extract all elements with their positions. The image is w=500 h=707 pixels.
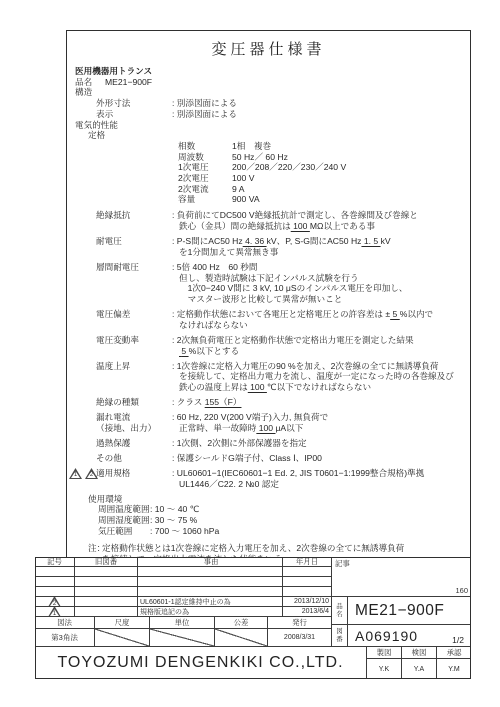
spec-value-line: : UL60601−1(IEC60601−1 Ed. 2, JIS T0601−… <box>172 468 470 479</box>
spec-text: 5 <box>390 309 400 319</box>
spec-row: 電圧変動率: 2次無負荷電圧と定格動作状態で定格出力電圧を測定した結果 5 %以… <box>67 335 470 357</box>
revision-row: 2UL60601-1認定維持中止の為2013/12/10 <box>35 597 332 607</box>
rating-row: 周波数50 Hz／ 60 Hz <box>67 152 470 163</box>
spec-text: kV、P, S-G間にAC50 Hz <box>267 236 362 246</box>
environment-row-label: 周囲温度範囲 <box>98 504 150 515</box>
rating-row-label: 2次電流 <box>178 184 232 195</box>
document-frame: 変圧器仕様書 医用機器用トランス 品名 ME21−900F 構造 外形寸法: 別… <box>66 30 471 557</box>
rating-section-label: 定格 <box>88 130 470 141</box>
remark-area: 記事 160 <box>332 557 471 597</box>
spec-label-line: 温度上昇 <box>96 361 172 372</box>
triangle-number: 1 <box>69 472 82 479</box>
environment-row-value: : 700 ～ 1060 hPa <box>150 526 219 537</box>
remark-number: 160 <box>455 586 468 595</box>
spec-label-line: その他 <box>96 453 172 464</box>
revision-empty-row <box>35 567 332 577</box>
structure-row-label: 表示 <box>96 109 172 120</box>
drawing-header-cell: 公差 <box>215 617 268 629</box>
drawing-info-header-row: 図法尺度単位公差発行 <box>35 617 332 629</box>
rating-row: 容量900 VA <box>67 194 470 205</box>
spec-value: : 定格動作状態において各電圧と定格電圧との許容差は ± 5 %以内でなければな… <box>172 309 470 331</box>
empty-cell <box>283 587 332 597</box>
tolerance-cell-diagonal <box>215 629 268 647</box>
spec-text: : 1次側、2次側に外部保護器を指定 <box>172 438 307 448</box>
remark-header: 記事 <box>335 558 350 569</box>
spec-text: を接続して、定格出力電力を流し、温度が一定になった時の各巻線及び <box>179 371 454 381</box>
spec-value-line: : 5倍 400 Hz 60 秒間 <box>172 262 470 273</box>
spec-value: : 保護シールドG端子付、Class Ⅰ、IP00 <box>172 453 470 464</box>
drawing-header-cell: 図法 <box>35 617 95 629</box>
approval-header-row: 製図検図承認 <box>367 647 471 659</box>
rating-row-label: 容量 <box>178 194 232 205</box>
spec-label-line: 電圧偏差 <box>96 309 172 320</box>
table-header-cell: 記号 <box>35 557 75 567</box>
triangle-number: 2 <box>85 472 98 479</box>
revision-date-cell: 2013/6/4 <box>283 607 332 617</box>
product-name-block-value: ME21−900F <box>348 597 471 624</box>
spec-label: 絶縁抵抗 <box>96 210 172 232</box>
spec-row: 電圧偏差: 定格動作状態において各電圧と定格電圧との許容差は ± 5 %以内でな… <box>67 309 470 331</box>
rating-row-value: 9 A <box>232 184 244 195</box>
spec-row: 絶縁の種類: クラス 155（F） <box>67 397 470 408</box>
footnote-line: 定格動作状態とは1次巻線に定格入力電圧を加え、2次巻線の全てに無誘導負荷 <box>102 543 404 554</box>
revision-table-empty-rows <box>35 567 332 597</box>
spec-row: 過熱保護: 1次側、2次側に外部保護器を指定 <box>67 438 470 449</box>
revision-table-header-row: 記号旧図番事由年月日 <box>35 557 332 567</box>
spec-value-line: 鉄心（金具）間の絶縁抵抗は 100 MΩ以上である事 <box>172 221 470 232</box>
empty-cell <box>138 567 283 577</box>
spec-text: MΩ以上である事 <box>310 221 375 231</box>
spec-label: 温度上昇 <box>96 361 172 393</box>
spec-text: 4. 36 <box>243 236 267 246</box>
spec-text: μA以下 <box>275 423 303 433</box>
approval-value-cell: Y.K <box>367 659 402 679</box>
spec-label: 過熱保護 <box>96 438 172 449</box>
spec-label: 漏れ電流（接地、出力） <box>96 412 172 434</box>
revision-table: 記号旧図番事由年月日 2UL60601-1認定維持中止の為2013/12/101… <box>35 557 332 647</box>
spec-value: : 2次無負荷電圧と定格動作状態で定格出力電圧を測定した結果 5 %以下とする <box>172 335 470 357</box>
revision-symbol-cell: 1 <box>35 607 75 617</box>
revision-triangle-icon: 1 <box>69 468 82 479</box>
empty-cell <box>35 587 75 597</box>
approval-value-row: Y.KY.AY.M <box>367 659 471 679</box>
spec-label-line: 絶縁抵抗 <box>96 210 172 221</box>
revision-rows: 2UL60601-1認定維持中止の為2013/12/101規格版追記の為2013… <box>35 597 332 617</box>
spec-text: : UL60601−1(IEC60601−1 Ed. 2, JIS T0601−… <box>172 468 424 478</box>
rating-row: 1次電圧200／208／220／230／240 V <box>67 162 470 173</box>
spec-value-line: なければならない <box>172 320 470 331</box>
revision-reason-cell: UL60601-1認定維持中止の為 <box>138 597 283 607</box>
revision-triangle-icon: 2 <box>48 597 61 607</box>
structure-row: 表示: 別添図面による <box>67 109 470 120</box>
rating-row-value: 1相 複巻 <box>232 141 271 152</box>
revision-empty-row <box>35 577 332 587</box>
environment-row-value: : 30 ～ 75 % <box>150 515 197 526</box>
spec-value: : 1次側、2次側に外部保護器を指定 <box>172 438 470 449</box>
table-header-cell: 事由 <box>138 557 283 567</box>
revision-reason-cell: 規格版追記の為 <box>138 607 283 617</box>
spec-value-line: : クラス 155（F） <box>172 397 470 408</box>
spec-value-line: 鉄心の温度上昇は 100 ℃以下でなければならない <box>172 382 470 393</box>
spec-value: : 5倍 400 Hz 60 秒間但し、製造時試験は下記インパルス試験を行う 1… <box>172 262 470 305</box>
spec-label: 適用規格 <box>96 468 172 490</box>
empty-cell <box>35 567 75 577</box>
spec-row: 12適用規格: UL60601−1(IEC60601−1 Ed. 2, JIS … <box>67 468 470 490</box>
environment-row: 周囲温度範囲: 10 ～ 40 ℃ <box>67 504 470 515</box>
issue-date: 2008/3/31 <box>268 629 332 647</box>
page-title: 変圧器仕様書 <box>67 31 470 59</box>
structure-row: 外形寸法: 別添図面による <box>67 98 470 109</box>
revision-row: 1規格版追記の為2013/6/4 <box>35 607 332 617</box>
spec-text: %以内で <box>400 309 433 319</box>
rating-row-label: 1次電圧 <box>178 162 232 173</box>
spec-text: 155（F） <box>205 397 242 407</box>
rating-row-label: 相数 <box>178 141 232 152</box>
spec-value-line: : P-S間にAC50 Hz 4. 36 kV、P, S-G間にAC50 Hz … <box>172 236 470 247</box>
table-header-cell: 年月日 <box>283 557 332 567</box>
environment-section-label: 使用環境 <box>88 494 470 505</box>
empty-cell <box>75 567 138 577</box>
spec-label-line: 漏れ電流 <box>96 412 172 423</box>
empty-cell <box>75 577 138 587</box>
title-block: 記号旧図番事由年月日 2UL60601-1認定維持中止の為2013/12/101… <box>35 557 471 679</box>
spec-value: : クラス 155（F） <box>172 397 470 408</box>
spec-text: マスター波形と比較して異常が無いこと <box>179 294 342 304</box>
spec-row: その他: 保護シールドG端子付、Class Ⅰ、IP00 <box>67 453 470 464</box>
spec-text: なければならない <box>179 320 248 330</box>
spec-text: 1. 5 <box>361 236 380 246</box>
spec-row: 耐電圧: P-S間にAC50 Hz 4. 36 kV、P, S-G間にAC50 … <box>67 236 470 258</box>
spec-text: 100 <box>248 382 267 392</box>
spec-label-line: 適用規格 <box>96 468 172 479</box>
structure-row-label: 外形寸法 <box>96 98 172 109</box>
spec-row: 温度上昇: 1次巻線に定格入力電圧の90 %を加え、2次巻線の全てに無誘導負荷を… <box>67 361 470 393</box>
empty-cell <box>283 577 332 587</box>
empty-cell <box>35 577 75 587</box>
electrical-section-label: 電気的性能 <box>75 120 470 131</box>
spec-value: : UL60601−1(IEC60601−1 Ed. 2, JIS T0601−… <box>172 468 470 490</box>
drawing-header-cell: 単位 <box>150 617 215 629</box>
applicable-standards-triangles: 12 <box>69 468 98 479</box>
spec-row: 漏れ電流（接地、出力）: 60 Hz, 220 V(200 V端子)入力, 無負… <box>67 412 470 434</box>
product-name-block: 品名 ME21−900F <box>332 597 471 625</box>
empty-cell <box>75 587 138 597</box>
spec-text: : 2次無負荷電圧と定格動作状態で定格出力電圧を測定した結果 <box>172 335 414 345</box>
revision-empty-row <box>35 587 332 597</box>
spec-sheet-page: 変圧器仕様書 医用機器用トランス 品名 ME21−900F 構造 外形寸法: 別… <box>0 0 500 707</box>
spec-value-line: 5 %以下とする <box>172 346 470 357</box>
document-subtitle: 医用機器用トランス <box>75 66 470 77</box>
spec-value-line: : 1次巻線に定格入力電圧の90 %を加え、2次巻線の全てに無誘導負荷 <box>172 361 470 372</box>
product-name-row: 品名 ME21−900F <box>67 77 470 88</box>
scale-cell-diagonal <box>95 629 150 647</box>
environment-row-label: 気圧範囲 <box>98 526 150 537</box>
spec-value-line: 正常時、単一故障時 100 μA以下 <box>172 423 470 434</box>
product-name-block-label: 品名 <box>332 597 348 624</box>
spec-text: 正常時、単一故障時 <box>179 423 256 433</box>
spec-value: : 60 Hz, 220 V(200 V端子)入力, 無負荷で正常時、単一故障時… <box>172 412 470 434</box>
rating-items: 相数1相 複巻周波数50 Hz／ 60 Hz1次電圧200／208／220／23… <box>67 141 470 205</box>
spec-label-line2: （接地、出力） <box>96 423 172 434</box>
spec-label-line: 層間耐電圧 <box>96 262 172 273</box>
spec-value-line: を接続して、定格出力電力を流し、温度が一定になった時の各巻線及び <box>172 371 470 382</box>
spec-value-line: UL1446／C22. 2 №0 認定 <box>172 479 470 490</box>
spec-value: : 負荷前にてDC500 V絶縁抵抗計で測定し、各巻線間及び巻線と鉄心（金具）間… <box>172 210 470 232</box>
projection-method: 第3角法 <box>35 629 95 647</box>
revision-symbol-cell: 2 <box>35 597 75 607</box>
approval-value-cell: Y.A <box>402 659 437 679</box>
spec-text: を1分間加えて異常無き事 <box>179 247 278 257</box>
spec-text: 100 <box>291 221 310 231</box>
spec-value-line: : 定格動作状態において各電圧と定格電圧との許容差は ± 5 %以内で <box>172 309 470 320</box>
drawing-number-label: 図番 <box>332 625 348 646</box>
structure-section-label: 構造 <box>75 87 470 98</box>
revision-date-cell: 2013/12/10 <box>283 597 332 607</box>
structure-row-value: : 別添図面による <box>172 98 237 109</box>
structure-items: 外形寸法: 別添図面による表示: 別添図面による <box>67 98 470 119</box>
spec-text: 5 <box>179 346 189 356</box>
spec-label: 耐電圧 <box>96 236 172 258</box>
spec-text: : 保護シールドG端子付、Class Ⅰ、IP00 <box>172 453 322 463</box>
structure-row-value: : 別添図面による <box>172 109 237 120</box>
spec-text: : 5倍 400 Hz 60 秒間 <box>172 262 258 272</box>
spec-label: 電圧偏差 <box>96 309 172 331</box>
spec-text: : 1次巻線に定格入力電圧の90 %を加え、2次巻線の全てに無誘導負荷 <box>172 361 438 371</box>
company-name: TOYOZUMI DENGENKIKI CO.,LTD. <box>35 647 367 679</box>
revision-triangle-icon: 2 <box>85 468 98 479</box>
spec-value-line: : 1次側、2次側に外部保護器を指定 <box>172 438 470 449</box>
spec-text: : P-S間にAC50 Hz <box>172 236 243 246</box>
spec-text: 鉄心の温度上昇は <box>179 382 248 392</box>
spec-value-line: 1次0−240 V間に 3 kV, 10 μSのインパルス電圧を印加し、 <box>172 283 470 294</box>
spec-label: 層間耐電圧 <box>96 262 172 305</box>
spec-text: UL1446／C22. 2 №0 認定 <box>179 479 279 489</box>
revision-old-number-cell <box>75 597 138 607</box>
environment-row-label: 周囲湿度範囲 <box>98 515 150 526</box>
environment-items: 周囲温度範囲: 10 ～ 40 ℃周囲湿度範囲: 30 ～ 75 %気圧範囲: … <box>67 504 470 536</box>
spec-text: 100 <box>256 423 275 433</box>
spec-text: : 60 Hz, 220 V(200 V端子)入力, 無負荷で <box>172 412 328 422</box>
approval-header-cell: 承認 <box>437 647 471 659</box>
approval-block: 製図検図承認 Y.KY.AY.M <box>367 647 471 679</box>
empty-cell <box>283 567 332 577</box>
spec-text: : クラス <box>172 397 205 407</box>
environment-row-value: : 10 ～ 40 ℃ <box>150 504 199 515</box>
spec-row: 層間耐電圧: 5倍 400 Hz 60 秒間但し、製造時試験は下記インパルス試験… <box>67 262 470 305</box>
spec-value-line: を1分間加えて異常無き事 <box>172 247 470 258</box>
product-name-label: 品名 <box>75 77 105 88</box>
drawing-number-text: A069190 <box>355 628 418 644</box>
spec-label: その他 <box>96 453 172 464</box>
spec-text: : 定格動作状態において各電圧と定格電圧との許容差は ± <box>172 309 390 319</box>
revision-triangle-icon: 1 <box>48 607 61 617</box>
spec-row: 絶縁抵抗: 負荷前にてDC500 V絶縁抵抗計で測定し、各巻線間及び巻線と鉄心（… <box>67 210 470 232</box>
spec-value-line: : 負荷前にてDC500 V絶縁抵抗計で測定し、各巻線間及び巻線と <box>172 210 470 221</box>
spec-value: : 1次巻線に定格入力電圧の90 %を加え、2次巻線の全てに無誘導負荷を接続して… <box>172 361 470 393</box>
spec-value-line: : 保護シールドG端子付、Class Ⅰ、IP00 <box>172 453 470 464</box>
approval-header-cell: 検図 <box>402 647 437 659</box>
spec-label-line: 過熱保護 <box>96 438 172 449</box>
rating-row-label: 2次電圧 <box>178 173 232 184</box>
product-name-value: ME21−900F <box>105 77 152 88</box>
spec-label-line: 電圧変動率 <box>96 335 172 346</box>
spec-label: 絶縁の種類 <box>96 397 172 408</box>
drawing-number-value: A069190 1/2 <box>348 625 471 646</box>
spec-value-line: 但し、製造時試験は下記インパルス試験を行う <box>172 273 470 284</box>
rating-row: 2次電流9 A <box>67 184 470 195</box>
table-header-cell: 旧図番 <box>75 557 138 567</box>
revision-old-number-cell <box>75 607 138 617</box>
spec-value-line: : 2次無負荷電圧と定格動作状態で定格出力電圧を測定した結果 <box>172 335 470 346</box>
environment-row: 周囲湿度範囲: 30 ～ 75 % <box>67 515 470 526</box>
environment-row: 気圧範囲: 700 ～ 1060 hPa <box>67 526 470 537</box>
rating-row-value: 50 Hz／ 60 Hz <box>232 152 288 163</box>
spec-label: 電圧変動率 <box>96 335 172 357</box>
spec-text: ℃以下でなければならない <box>267 382 371 392</box>
page-number: 1/2 <box>452 635 464 645</box>
unit-cell-diagonal <box>150 629 215 647</box>
spec-text: 1次0−240 V間に 3 kV, 10 μSのインパルス電圧を印加し、 <box>179 283 407 293</box>
rating-row-value: 900 VA <box>232 194 260 205</box>
spec-value-line: マスター波形と比較して異常が無いこと <box>172 294 470 305</box>
spec-value: : P-S間にAC50 Hz 4. 36 kV、P, S-G間にAC50 Hz … <box>172 236 470 258</box>
spec-label-line: 耐電圧 <box>96 236 172 247</box>
spec-text: kV <box>381 236 391 246</box>
rating-row-value: 200／208／220／230／240 V <box>232 162 346 173</box>
spec-text: 但し、製造時試験は下記インパルス試験を行う <box>179 273 359 283</box>
rating-row: 2次電圧100 V <box>67 173 470 184</box>
spec-value-line: : 60 Hz, 220 V(200 V端子)入力, 無負荷で <box>172 412 470 423</box>
rating-row: 相数1相 複巻 <box>67 141 470 152</box>
spec-label-line: 絶縁の種類 <box>96 397 172 408</box>
spec-text: %以下とする <box>189 346 240 356</box>
drawing-header-cell: 尺度 <box>95 617 150 629</box>
drawing-number-block: 図番 A069190 1/2 <box>332 625 471 647</box>
spec-text: 鉄心（金具）間の絶縁抵抗は <box>179 221 291 231</box>
approval-header-cell: 製図 <box>367 647 402 659</box>
empty-cell <box>138 587 283 597</box>
spec-text: : 負荷前にてDC500 V絶縁抵抗計で測定し、各巻線間及び巻線と <box>172 210 418 220</box>
rating-row-value: 100 V <box>232 173 254 184</box>
approval-value-cell: Y.M <box>437 659 471 679</box>
spec-items: 絶縁抵抗: 負荷前にてDC500 V絶縁抵抗計で測定し、各巻線間及び巻線と鉄心（… <box>67 210 470 489</box>
rating-row-label: 周波数 <box>178 152 232 163</box>
drawing-header-cell: 発行 <box>268 617 332 629</box>
drawing-info-value-row: 第3角法 2008/3/31 <box>35 629 332 647</box>
empty-cell <box>138 577 283 587</box>
